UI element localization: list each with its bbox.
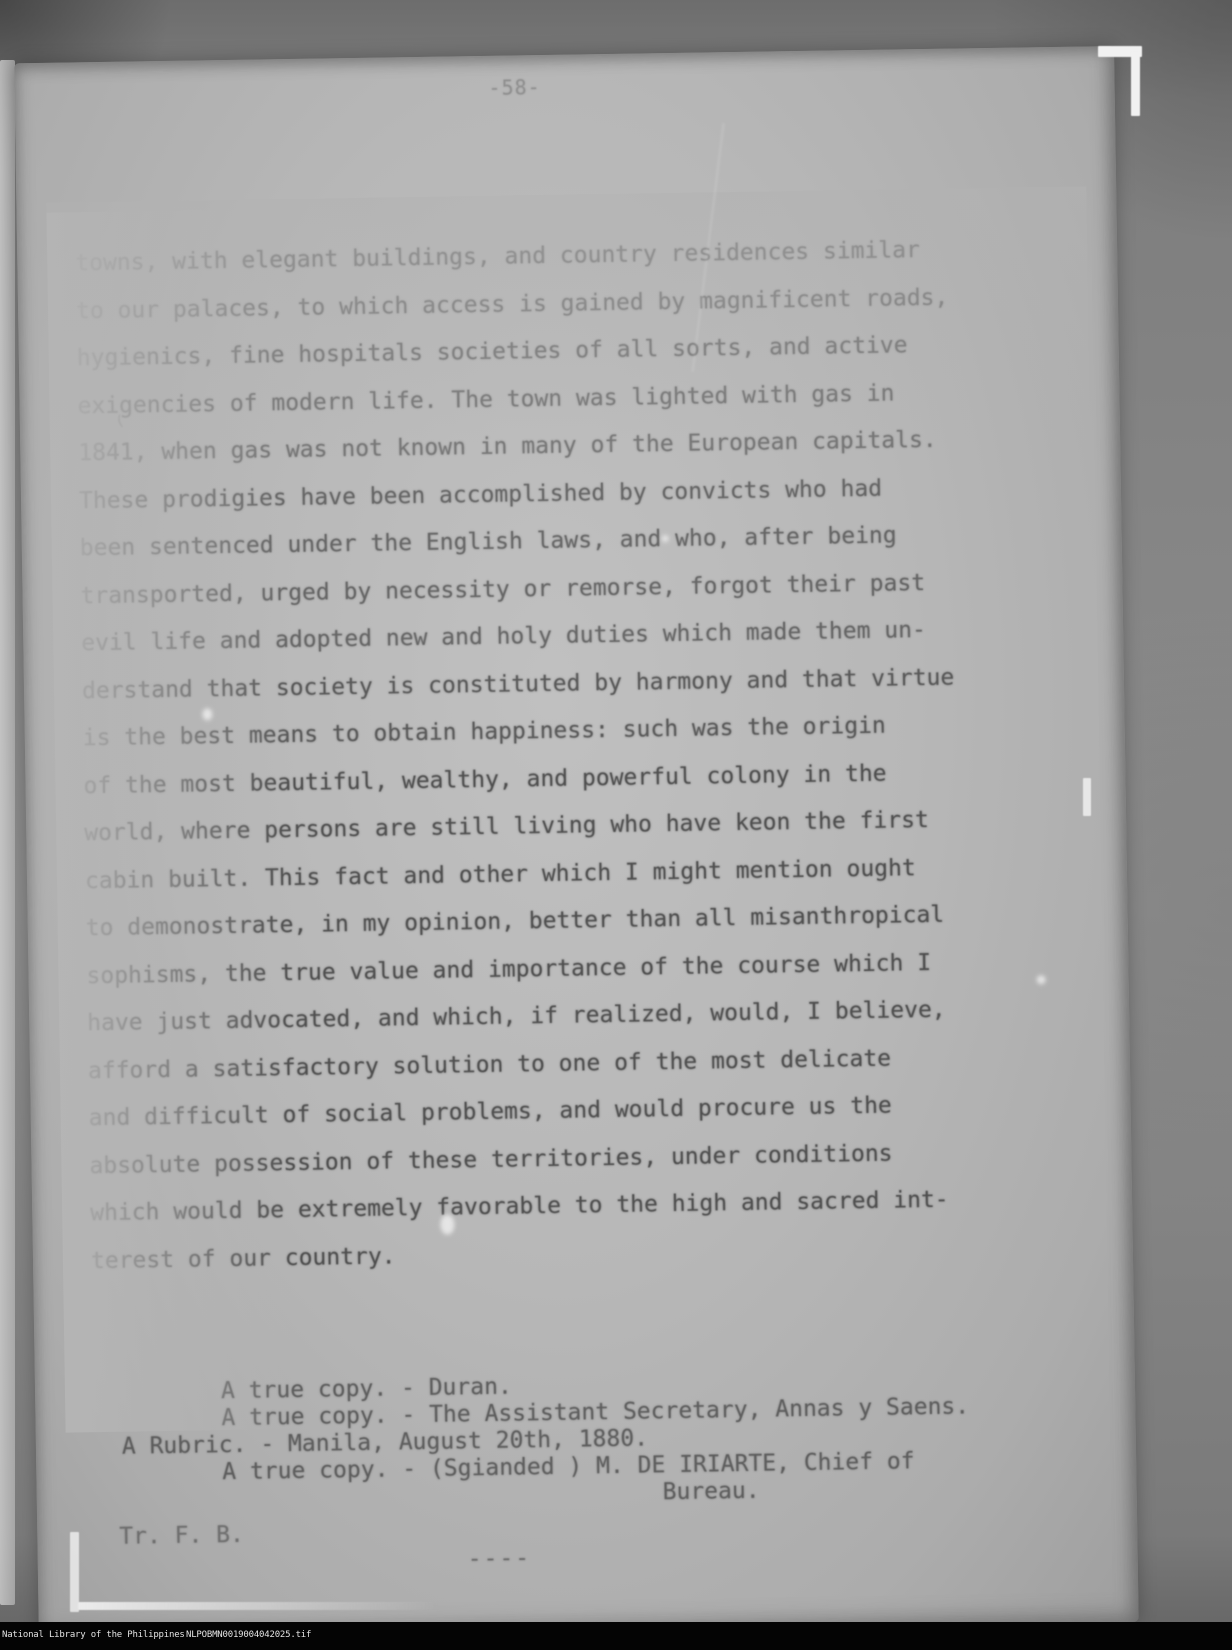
footer-library-label: National Library of the Philippines	[2, 1622, 185, 1648]
scanned-page: -58- towns, with elegant buildings, and …	[14, 46, 1139, 1639]
typed-paragraph: towns, with elegant buildings, and count…	[75, 224, 1101, 1285]
footer-bar: National Library of the Philippines NLPO…	[0, 1622, 1232, 1650]
page-number: -58-	[454, 74, 574, 100]
film-edge-mark	[1083, 778, 1091, 816]
film-corner-mark	[1131, 52, 1140, 116]
footer-filename: NLPOBMN0019004042025.tif	[186, 1622, 311, 1648]
signature-block: A true copy. - Duran. A true copy. - The…	[93, 1364, 1105, 1515]
film-edge-strip	[0, 60, 15, 1605]
scan-speck-artifact	[202, 708, 212, 720]
film-corner-mark	[70, 1532, 79, 1612]
scan-speck-artifact	[1037, 975, 1046, 984]
scan-speck-artifact	[662, 535, 669, 542]
translator-initials: Tr. F. B.	[119, 1522, 244, 1550]
scan-speck-artifact	[440, 1215, 454, 1235]
closing-dashes: ----	[467, 1545, 531, 1572]
page-edge-highlight	[78, 1602, 438, 1610]
